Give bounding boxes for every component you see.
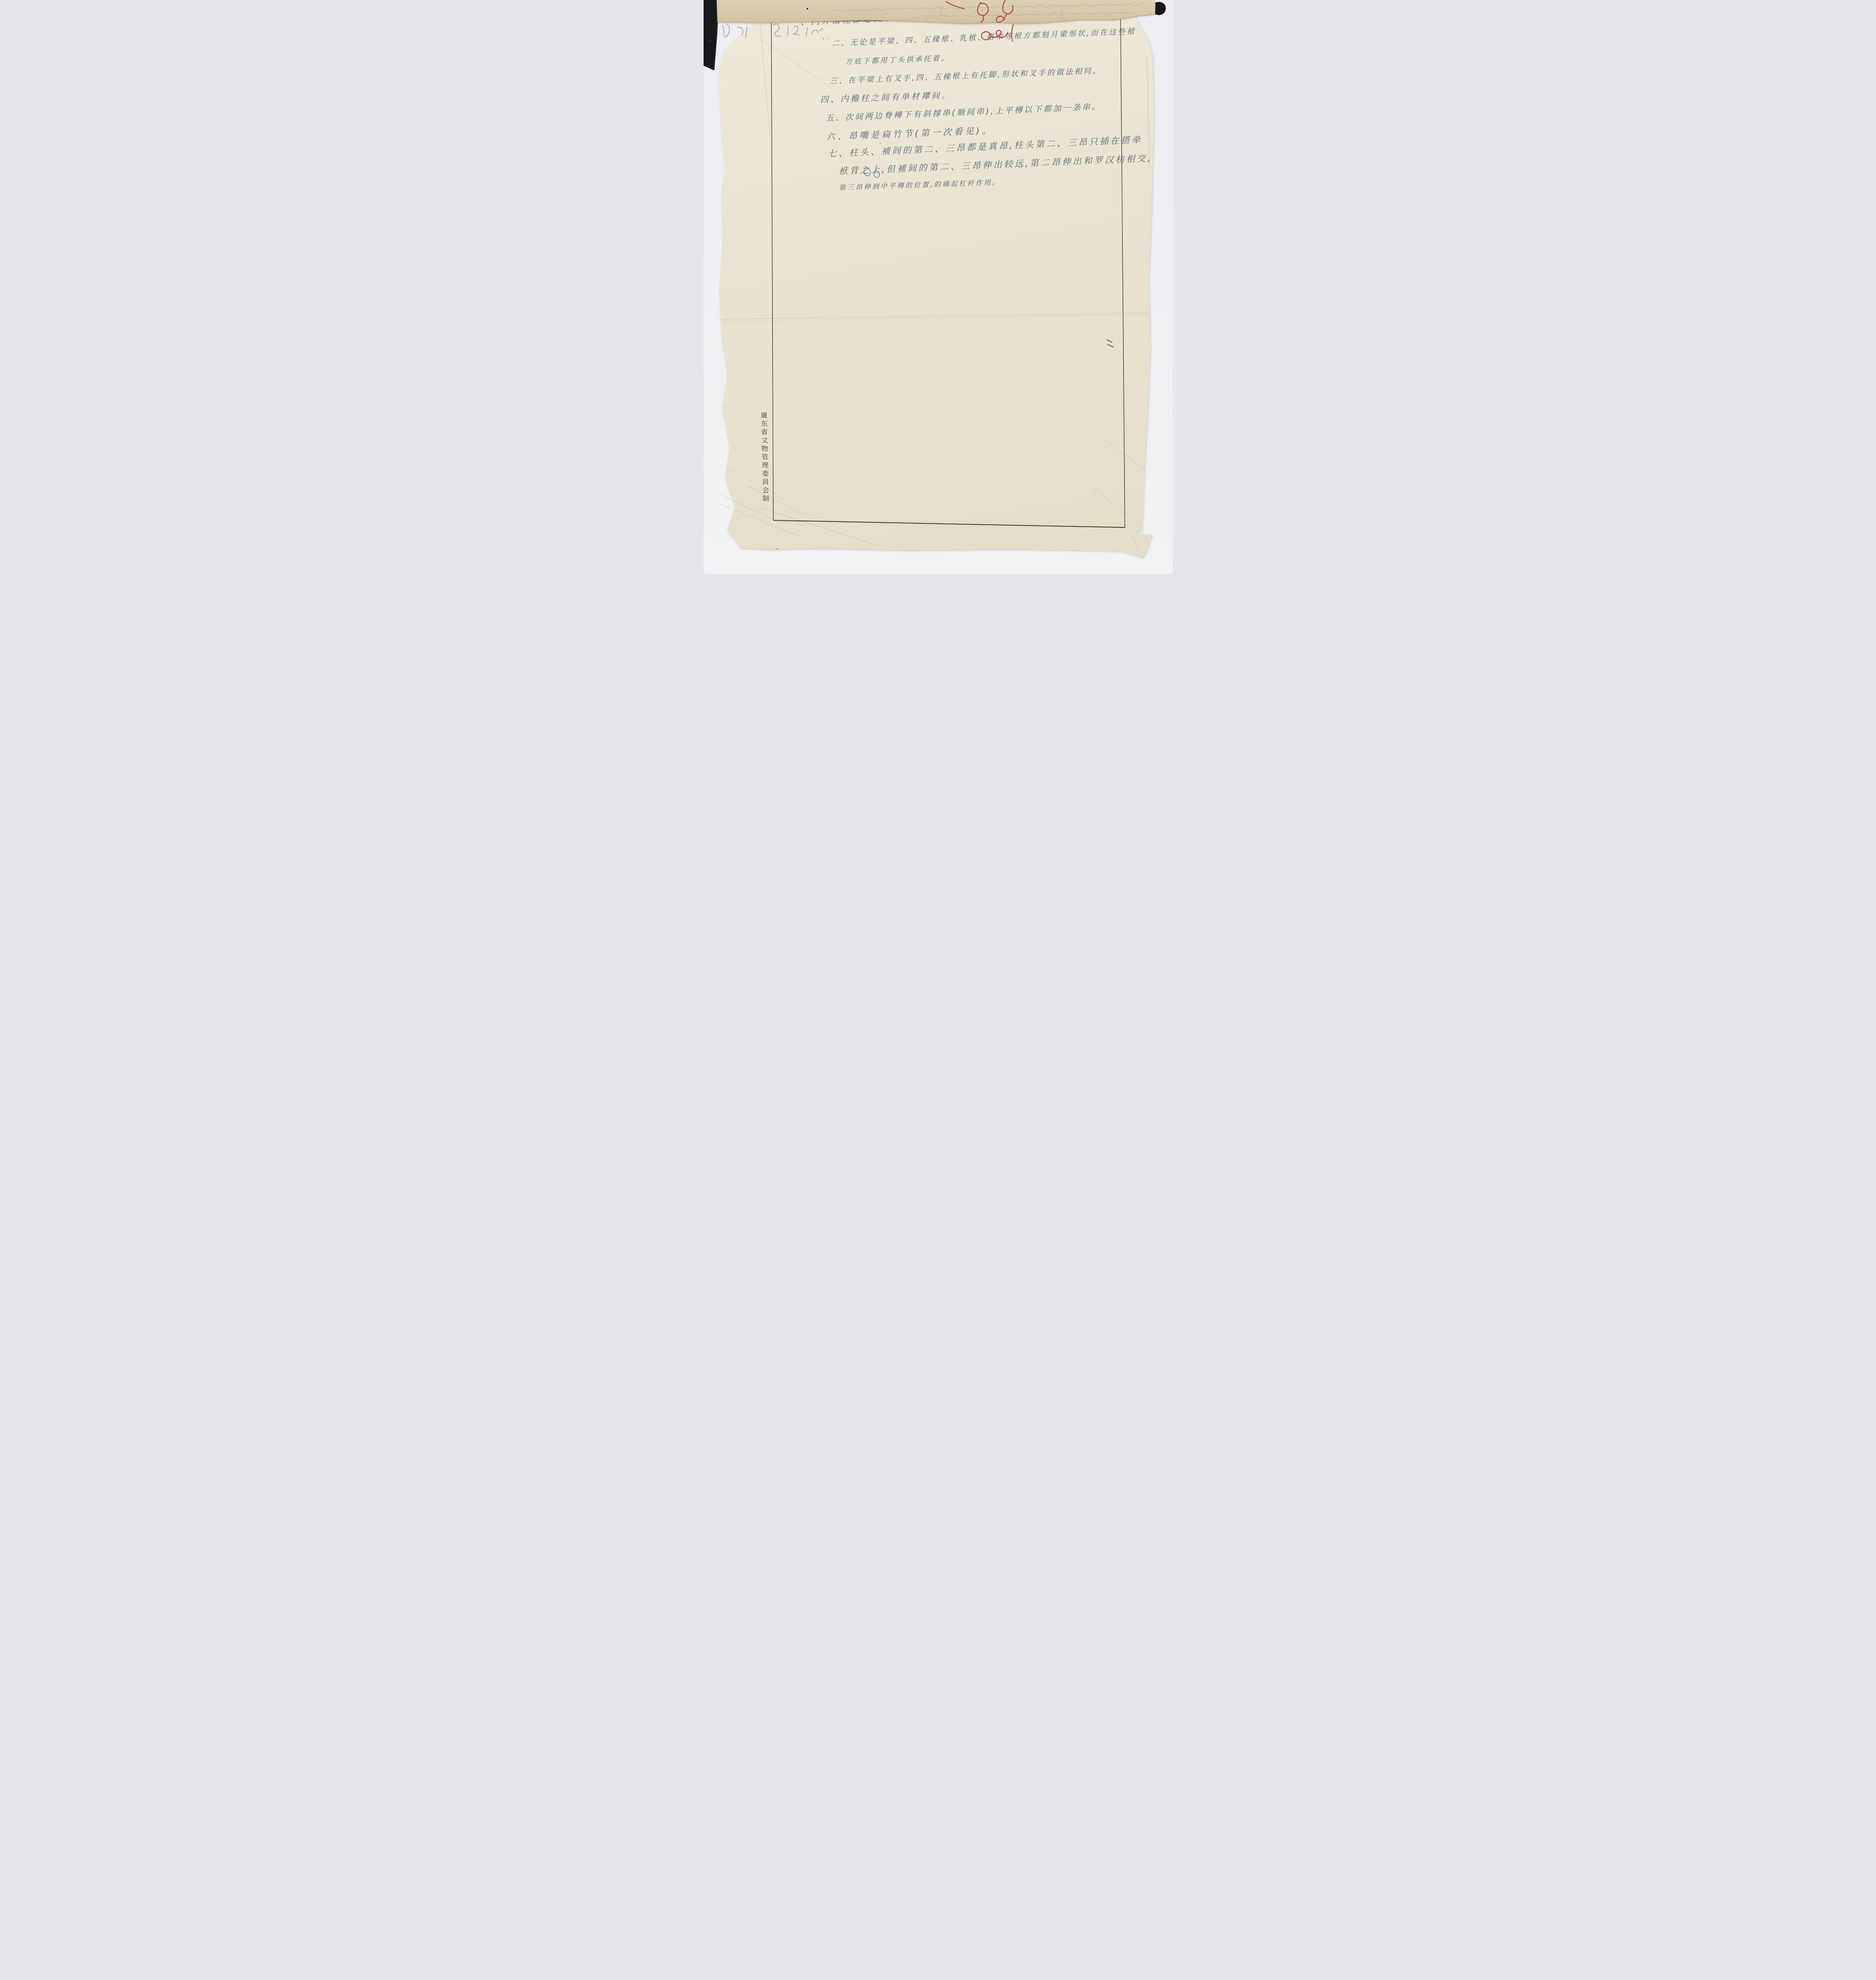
scanner-background: [704, 0, 1173, 574]
handwriting-line: 二、无论是平梁、四、五椽栿、乳栿、搭牵等栿方都刻月梁形状,而在这些栿: [831, 25, 1136, 48]
ink-speck: [806, 8, 808, 10]
publisher-imprint-vertical: 廣东省文物管理委員会制: [758, 412, 770, 511]
scan-overlay-artwork: [704, 0, 1173, 574]
handwriting-line: 一、内外檐柱都是梭形柱,其收分的曲线和大殿的梭形柱大体相同。: [790, 2, 1093, 28]
handwriting-line: 第三昂伸到中平槫的位置,的确起杠杆作用。: [839, 177, 1001, 192]
handwriting-line: 六、昂嘴是扁竹节(第一次看见)。: [826, 124, 993, 143]
scan-base-artwork: [704, 0, 1173, 574]
handwriting-line: 四、内檐柱之间有单材襻间。: [820, 89, 951, 105]
handwriting-line: 方底下都用丁头拱承托着。: [845, 53, 950, 67]
frame-border-bottom: [773, 520, 1125, 527]
scanned-document-page: 一、内外檐柱都是梭形柱,其收分的曲线和大殿的梭形柱大体相同。 二、无论是平梁、四…: [704, 0, 1173, 574]
scanner-corner-dark-top-right: [1153, 2, 1166, 15]
scanner-corner-dark-top-left: [704, 0, 719, 70]
handwriting-line: 三、在平梁上有叉手,四、五椽栿上有托脚,形状和叉手的做法相同。: [830, 65, 1102, 86]
torn-edge-line: [1147, 56, 1149, 166]
